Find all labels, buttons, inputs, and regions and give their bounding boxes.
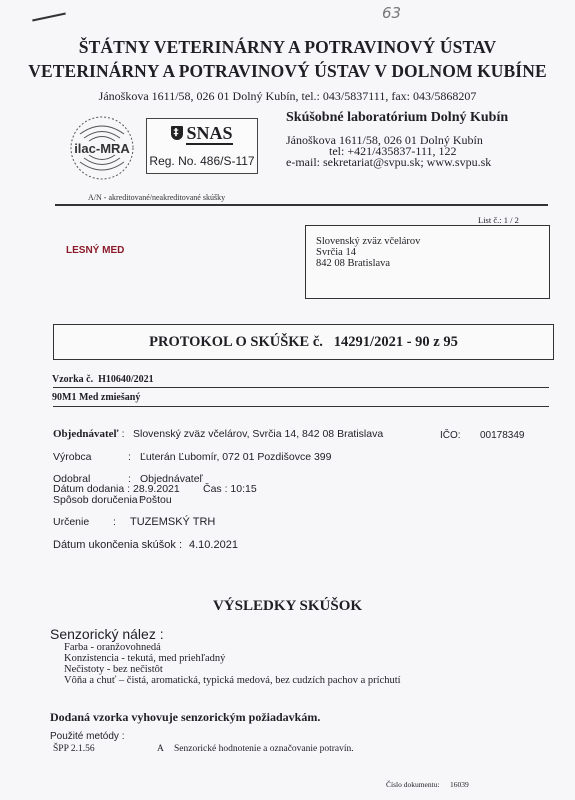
ico-value: 00178349 xyxy=(480,430,525,441)
ilac-mra-logo-icon: ilac-MRA xyxy=(64,114,140,182)
sample-number-label: Vzorka č. xyxy=(52,374,93,385)
product-label: LESNÝ MED xyxy=(66,245,124,256)
orderer-value: Slovenský zväz včelárov, Svrčia 14, 842 … xyxy=(133,428,383,440)
snas-registration: Reg. No. 486/S-117 xyxy=(147,154,257,168)
institute-title: ŠTÁTNY VETERINÁRNY A POTRAVINOVÝ ÚSTAV xyxy=(0,37,575,58)
recipient-address-box: Slovenský zväz včelárov Svrčia 14 842 08… xyxy=(305,225,550,299)
results-title: VÝSLEDKY SKÚŠOK xyxy=(0,598,575,615)
method-name: Senzorické hodnotenie a označovanie potr… xyxy=(174,744,354,754)
sensory-item-impurities: Nečistoty - bez nečistôt xyxy=(64,664,163,675)
purpose-value: TUZEMSKÝ TRH xyxy=(130,516,215,528)
protocol-number: 14291/2021 - 90 z 95 xyxy=(334,334,458,350)
sensory-item-aroma-taste: Vôňa a chuť – čistá, aromatická, typická… xyxy=(64,675,401,686)
producer-value: Ľuterán Ľubomír, 072 01 Pozdišovce 399 xyxy=(140,451,331,463)
svg-text:ilac-MRA: ilac-MRA xyxy=(74,141,130,156)
sensory-item-consistency: Konzistencia - tekutá, med priehľadný xyxy=(64,653,225,664)
protocol-header-box: PROTOKOL O SKÚŠKE č. 14291/2021 - 90 z 9… xyxy=(53,324,554,360)
methods-heading: Použité metódy : xyxy=(50,731,124,742)
slovak-shield-icon xyxy=(171,126,183,140)
sample-number-value: H10640/2021 xyxy=(98,374,154,385)
institute-address: Jánoškova 1611/58, 026 01 Dolný Kubín, t… xyxy=(0,89,575,104)
delivery-method-value: Poštou xyxy=(139,494,172,506)
laboratory-name: Skúšobné laboratórium Dolný Kubín xyxy=(286,110,508,126)
recipient-street: Svrčia 14 xyxy=(316,247,356,258)
pen-mark xyxy=(32,12,66,21)
document-number-label: Číslo dokumentu: xyxy=(386,780,440,789)
verdict: Dodaná vzorka vyhovuje senzorickým požia… xyxy=(50,710,320,725)
sample-description: 90M1 Med zmiešaný xyxy=(52,392,140,403)
purpose-label: Určenie xyxy=(53,516,89,528)
document-number-value: 16039 xyxy=(450,780,469,789)
producer-label: Výrobca xyxy=(53,451,92,463)
institute-subtitle: VETERINÁRNY A POTRAVINOVÝ ÚSTAV V DOLNOM… xyxy=(0,61,575,82)
completion-label: Dátum ukončenia skúšok : xyxy=(53,539,182,551)
snas-accreditation-box: SNAS Reg. No. 486/S-117 xyxy=(146,118,258,174)
sensory-heading: Senzorický nález : xyxy=(50,626,164,642)
divider xyxy=(55,204,548,206)
method-accreditation-flag: A xyxy=(157,744,164,754)
recipient-name: Slovenský zväz včelárov xyxy=(316,236,420,247)
divider xyxy=(53,406,549,407)
completion-date: 4.10.2021 xyxy=(189,539,238,551)
method-code: ŠPP 2.1.56 xyxy=(53,744,95,754)
sample-number: Vzorka č. H10640/2021 xyxy=(52,374,154,385)
recipient-city: 842 08 Bratislava xyxy=(316,258,390,269)
protocol-title: PROTOKOL O SKÚŠKE č. xyxy=(149,334,323,350)
sheet-number: List č.: 1 / 2 xyxy=(478,215,519,225)
snas-logo-text: SNAS xyxy=(186,123,232,145)
delivery-method-label: Spôsob doručenia : xyxy=(53,494,143,506)
sensory-item-color: Farba - oranžovohnedá xyxy=(64,642,161,653)
divider xyxy=(53,387,549,388)
handwritten-number: 63 xyxy=(382,4,401,22)
accreditation-note: A/N - akreditované/neakreditované skúšky xyxy=(88,193,225,202)
delivery-time: Čas : 10:15 xyxy=(203,483,257,495)
orderer-label: Objednávateľ xyxy=(53,428,119,440)
ico-label: IČO: xyxy=(440,430,461,441)
laboratory-contact: e-mail: sekretariat@svpu.sk; www.svpu.sk xyxy=(286,156,491,168)
